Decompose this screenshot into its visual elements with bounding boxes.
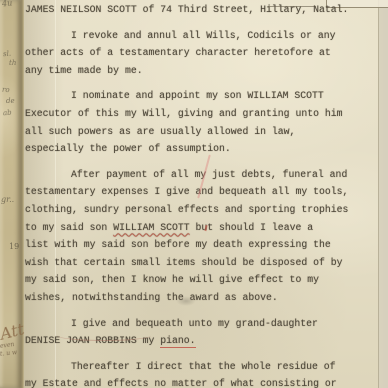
ink-line-over-hillary <box>268 6 316 7</box>
typed-line: testamentary expenses I give and bequeat… <box>25 183 381 201</box>
marginalia-fragment: th <box>9 59 16 67</box>
annotated-text: WILLIAM SCOTT <box>113 222 189 233</box>
annotated-text: piano. <box>160 335 195 348</box>
typed-line: my Estate and effects no matter of what … <box>25 375 381 388</box>
typed-segment: but should I leave a <box>190 222 313 233</box>
marginalia-fragment: ro <box>2 86 10 94</box>
marginalia-fragment: 19 <box>9 242 19 251</box>
typed-line: I revoke and annul all Wills, Codicils o… <box>25 27 381 45</box>
marginalia-fragment: ab <box>3 109 12 118</box>
ink-smudge <box>176 296 196 306</box>
typed-line: to my said son WILLIAM SCOTT but should … <box>25 219 381 237</box>
marginalia-fragment: sl. <box>3 50 12 59</box>
faint-underline-arc <box>57 330 151 341</box>
typed-line: my said son, then I know he will give ef… <box>25 271 381 289</box>
typed-line: all such powers as are usually allowed i… <box>25 123 381 141</box>
typed-line: wishes, notwithstanding the award as abo… <box>25 289 381 307</box>
typed-line: list with my said son before my death ex… <box>25 236 381 254</box>
typed-line: especially the power of assumption. <box>25 140 381 158</box>
typed-line: I give and bequeath unto my grand-daught… <box>25 315 381 333</box>
typed-line: Executor of this my Will, giving and gra… <box>25 105 381 123</box>
typed-line: wish that certain small items should be … <box>25 254 381 272</box>
marginalia-fragment: de <box>6 97 15 105</box>
typed-line: Thereafter I direct that the whole resid… <box>25 358 381 376</box>
typed-line: JAMES NEILSON SCOTT of 74 Third Street, … <box>25 1 381 19</box>
typed-line: other acts of a testamentary character h… <box>25 44 381 62</box>
marginalia-fragment: gr.. <box>1 195 14 204</box>
typed-line: I nominate and appoint my son WILLIAM SC… <box>25 87 381 105</box>
typed-line: clothing, sundry personal effects and sp… <box>25 201 381 219</box>
typed-segment: to my said son <box>25 222 113 233</box>
typed-line: any time made by me. <box>25 62 381 80</box>
marginalia-fragment: 4u <box>2 0 13 9</box>
scanned-will-page: JAMES NEILSON SCOTT of 74 Third Street, … <box>0 0 388 388</box>
